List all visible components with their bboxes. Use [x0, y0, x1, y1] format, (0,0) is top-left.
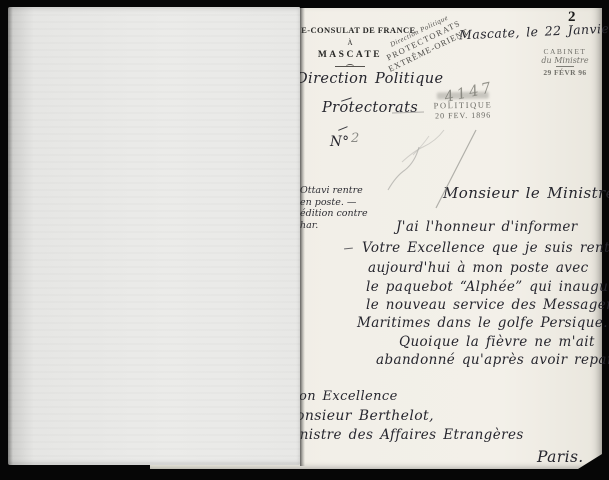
- letter-body-line: le paquebot “Alphée” qui inaugure: [366, 279, 609, 295]
- address-city: Paris.: [537, 448, 584, 466]
- address-excellence: on Excellence: [299, 389, 398, 404]
- letter-body-line: Maritimes dans le golfe Persique.: [357, 315, 608, 331]
- margin-note-line: har.: [300, 220, 368, 232]
- letter-body-line: Votre Excellence que je suis rentré: [362, 240, 609, 256]
- arrival-stamp-date: 20 FEV. 1896: [426, 110, 500, 120]
- margin-summary-note: Ottavi rentre en poste. — édition contre…: [300, 185, 368, 231]
- registry-service: Protectorats: [322, 100, 418, 116]
- letter-body-line: abandonné qu'après avoir reparu: [376, 352, 609, 368]
- cabinet-stamp-subtitle: du Ministre: [539, 56, 591, 65]
- dispatch-number-value: 2: [351, 131, 360, 146]
- cabinet-stamp-date: 29 FÉVR 96: [539, 68, 591, 77]
- registry-direction: Direction Politique: [296, 71, 443, 87]
- address-title: inistre des Affaires Etrangères: [295, 427, 524, 443]
- letter-body-line: aujourd'hui à mon poste avec: [368, 260, 589, 276]
- letter-body-line: le nouveau service des Messageries: [366, 297, 609, 313]
- blank-facing-page: [8, 7, 300, 465]
- margin-note-line: en poste. —: [300, 197, 368, 209]
- letter-body-line: Quoique la fièvre ne m'ait: [399, 334, 595, 350]
- cabinet-stamp-title: CABINET: [539, 47, 591, 56]
- salutation: Monsieur le Ministre,: [443, 184, 609, 202]
- cabinet-stamp-rule: [556, 66, 574, 67]
- scanned-letter-viewer: { "scan": { "folio_number": "2", "letter…: [0, 0, 609, 480]
- page-edge-shadow: [300, 8, 305, 466]
- margin-note-line: Ottavi rentre: [300, 185, 368, 197]
- letter-body-line: J'ai l'honneur d'informer: [396, 219, 578, 235]
- cabinet-stamp: CABINET du Ministre 29 FÉVR 96: [539, 47, 591, 77]
- dispatch-number-label: N°: [330, 134, 349, 150]
- letterhead-divider: [335, 65, 365, 68]
- margin-note-line: édition contre: [300, 208, 368, 220]
- address-recipient: onsieur Berthelot,: [296, 408, 434, 424]
